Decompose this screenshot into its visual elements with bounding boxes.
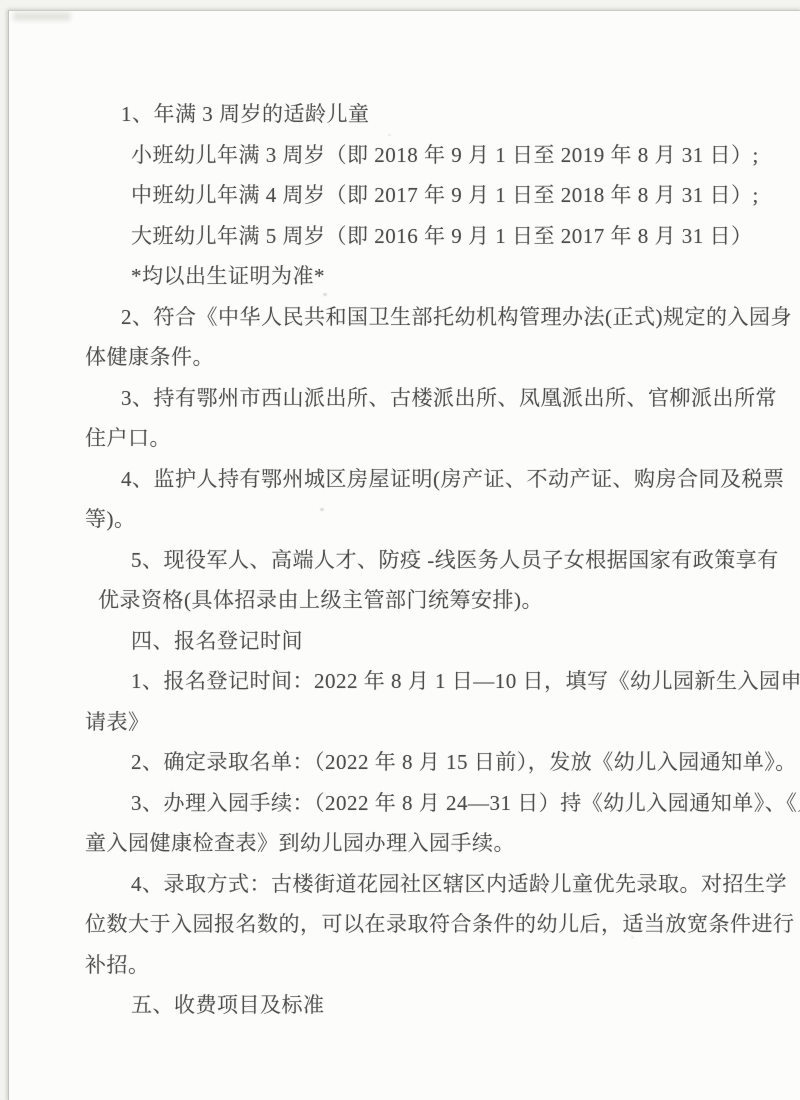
text-line: 1、年满 3 周岁的适龄儿童 [85,94,745,135]
scanned-page: 1、年满 3 周岁的适龄儿童小班幼儿年满 3 周岁（即 2018 年 9 月 1… [8,10,800,1100]
text-line: 中班幼儿年满 4 周岁（即 2017 年 9 月 1 日至 2018 年 8 月… [85,175,745,216]
text-line: 2、确定录取名单：（2022 年 8 月 15 日前），发放《幼儿入园通知单》。 [85,742,745,783]
text-line: 童入园健康检查表》到幼儿园办理入园手续。 [85,823,745,864]
text-line: 1、报名登记时间：2022 年 8 月 1 日—10 日，填写《幼儿园新生入园申 [85,661,745,702]
text-line: 小班幼儿年满 3 周岁（即 2018 年 9 月 1 日至 2019 年 8 月… [85,135,745,176]
text-line: *均以出生证明为准* [85,256,745,297]
text-line: 等)。 [85,499,745,540]
text-line: 5、现役军人、高端人才、防疫 -线医务人员子女根据国家有政策享有 [85,540,745,581]
text-line: 四、报名登记时间 [85,621,745,662]
text-line: 补招。 [85,945,745,986]
document-body: 1、年满 3 周岁的适龄儿童小班幼儿年满 3 周岁（即 2018 年 9 月 1… [85,94,745,1026]
text-line: 4、监护人持有鄂州城区房屋证明(房产证、不动产证、购房合同及税票 [85,459,745,500]
text-line: 位数大于入园报名数的，可以在录取符合条件的幼儿后，适当放宽条件进行 [85,904,745,945]
scan-smudge [13,12,71,21]
text-line: 大班幼儿年满 5 周岁（即 2016 年 9 月 1 日至 2017 年 8 月… [85,216,745,257]
text-line: 请表》 [85,702,745,743]
text-line: 2、符合《中华人民共和国卫生部托幼机构管理办法(正式)规定的入园身 [85,297,745,338]
text-line: 3、办理入园手续：（2022 年 8 月 24—31 日）持《幼儿入园通知单》、… [85,783,745,824]
text-line: 体健康条件。 [85,337,745,378]
text-line: 住户口。 [85,418,745,459]
text-line: 4、录取方式：古楼街道花园社区辖区内适龄儿童优先录取。对招生学 [85,864,745,905]
text-line: 3、持有鄂州市西山派出所、古楼派出所、凤凰派出所、官柳派出所常 [85,378,745,419]
text-line: 五、收费项目及标准 [85,985,745,1026]
text-line: 优录资格(具体招录由上级主管部门统筹安排)。 [85,580,745,621]
scan-background: { "scan": { "background_color": "#f3f3ef… [0,0,800,1100]
